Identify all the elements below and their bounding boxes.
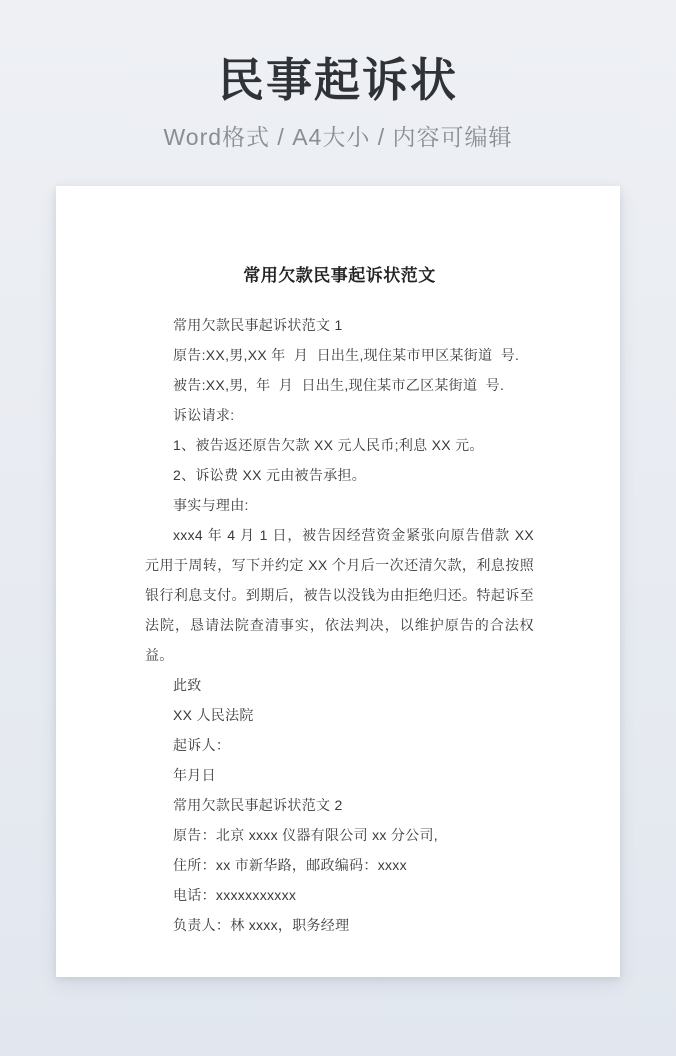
document-body: 常用欠款民事起诉状范文 1原告:XX,男,XX 年 月 日出生,现住某市甲区某街… bbox=[145, 310, 534, 940]
document-paragraph: 此致 bbox=[145, 670, 534, 700]
document-paragraph: 常用欠款民事起诉状范文 1 bbox=[145, 310, 534, 340]
page-subtitle: Word格式 / A4大小 / 内容可编辑 bbox=[0, 119, 676, 152]
document-paragraph: 被告:XX,男, 年 月 日出生,现住某市乙区某街道 号. bbox=[145, 370, 534, 400]
document-paragraph: 诉讼请求: bbox=[145, 400, 534, 430]
document-title: 常用欠款民事起诉状范文 bbox=[145, 261, 534, 286]
document-paragraph: 住所：xx 市新华路，邮政编码：xxxx bbox=[145, 850, 534, 880]
page-title: 民事起诉状 bbox=[0, 52, 676, 110]
document-paragraph: 原告：北京 xxxx 仪器有限公司 xx 分公司, bbox=[145, 820, 534, 850]
document-paragraph: 事实与理由: bbox=[145, 490, 534, 520]
document-paragraph: 1、被告返还原告欠款 XX 元人民币;利息 XX 元。 bbox=[145, 430, 534, 460]
document-paragraph: XX 人民法院 bbox=[145, 700, 534, 730]
document-paragraph: 电话：xxxxxxxxxxx bbox=[145, 880, 534, 910]
document-paragraph: 起诉人： bbox=[145, 730, 534, 760]
document-paragraph: 原告:XX,男,XX 年 月 日出生,现住某市甲区某街道 号. bbox=[145, 340, 534, 370]
header: 民事起诉状 Word格式 / A4大小 / 内容可编辑 bbox=[0, 0, 676, 152]
template-preview-page: 民事起诉状 Word格式 / A4大小 / 内容可编辑 常用欠款民事起诉状范文 … bbox=[0, 0, 676, 1056]
document-page: 常用欠款民事起诉状范文 常用欠款民事起诉状范文 1原告:XX,男,XX 年 月 … bbox=[56, 186, 620, 977]
document-paragraph: 年月日 bbox=[145, 760, 534, 790]
document-paragraph: 负责人：林 xxxx，职务经理 bbox=[145, 910, 534, 940]
document-paragraph: 2、诉讼费 XX 元由被告承担。 bbox=[145, 460, 534, 490]
document-paragraph: xxx4 年 4 月 1 日，被告因经营资金紧张向原告借款 XX 元用于周转，写… bbox=[145, 520, 534, 670]
document-paragraph: 常用欠款民事起诉状范文 2 bbox=[145, 790, 534, 820]
